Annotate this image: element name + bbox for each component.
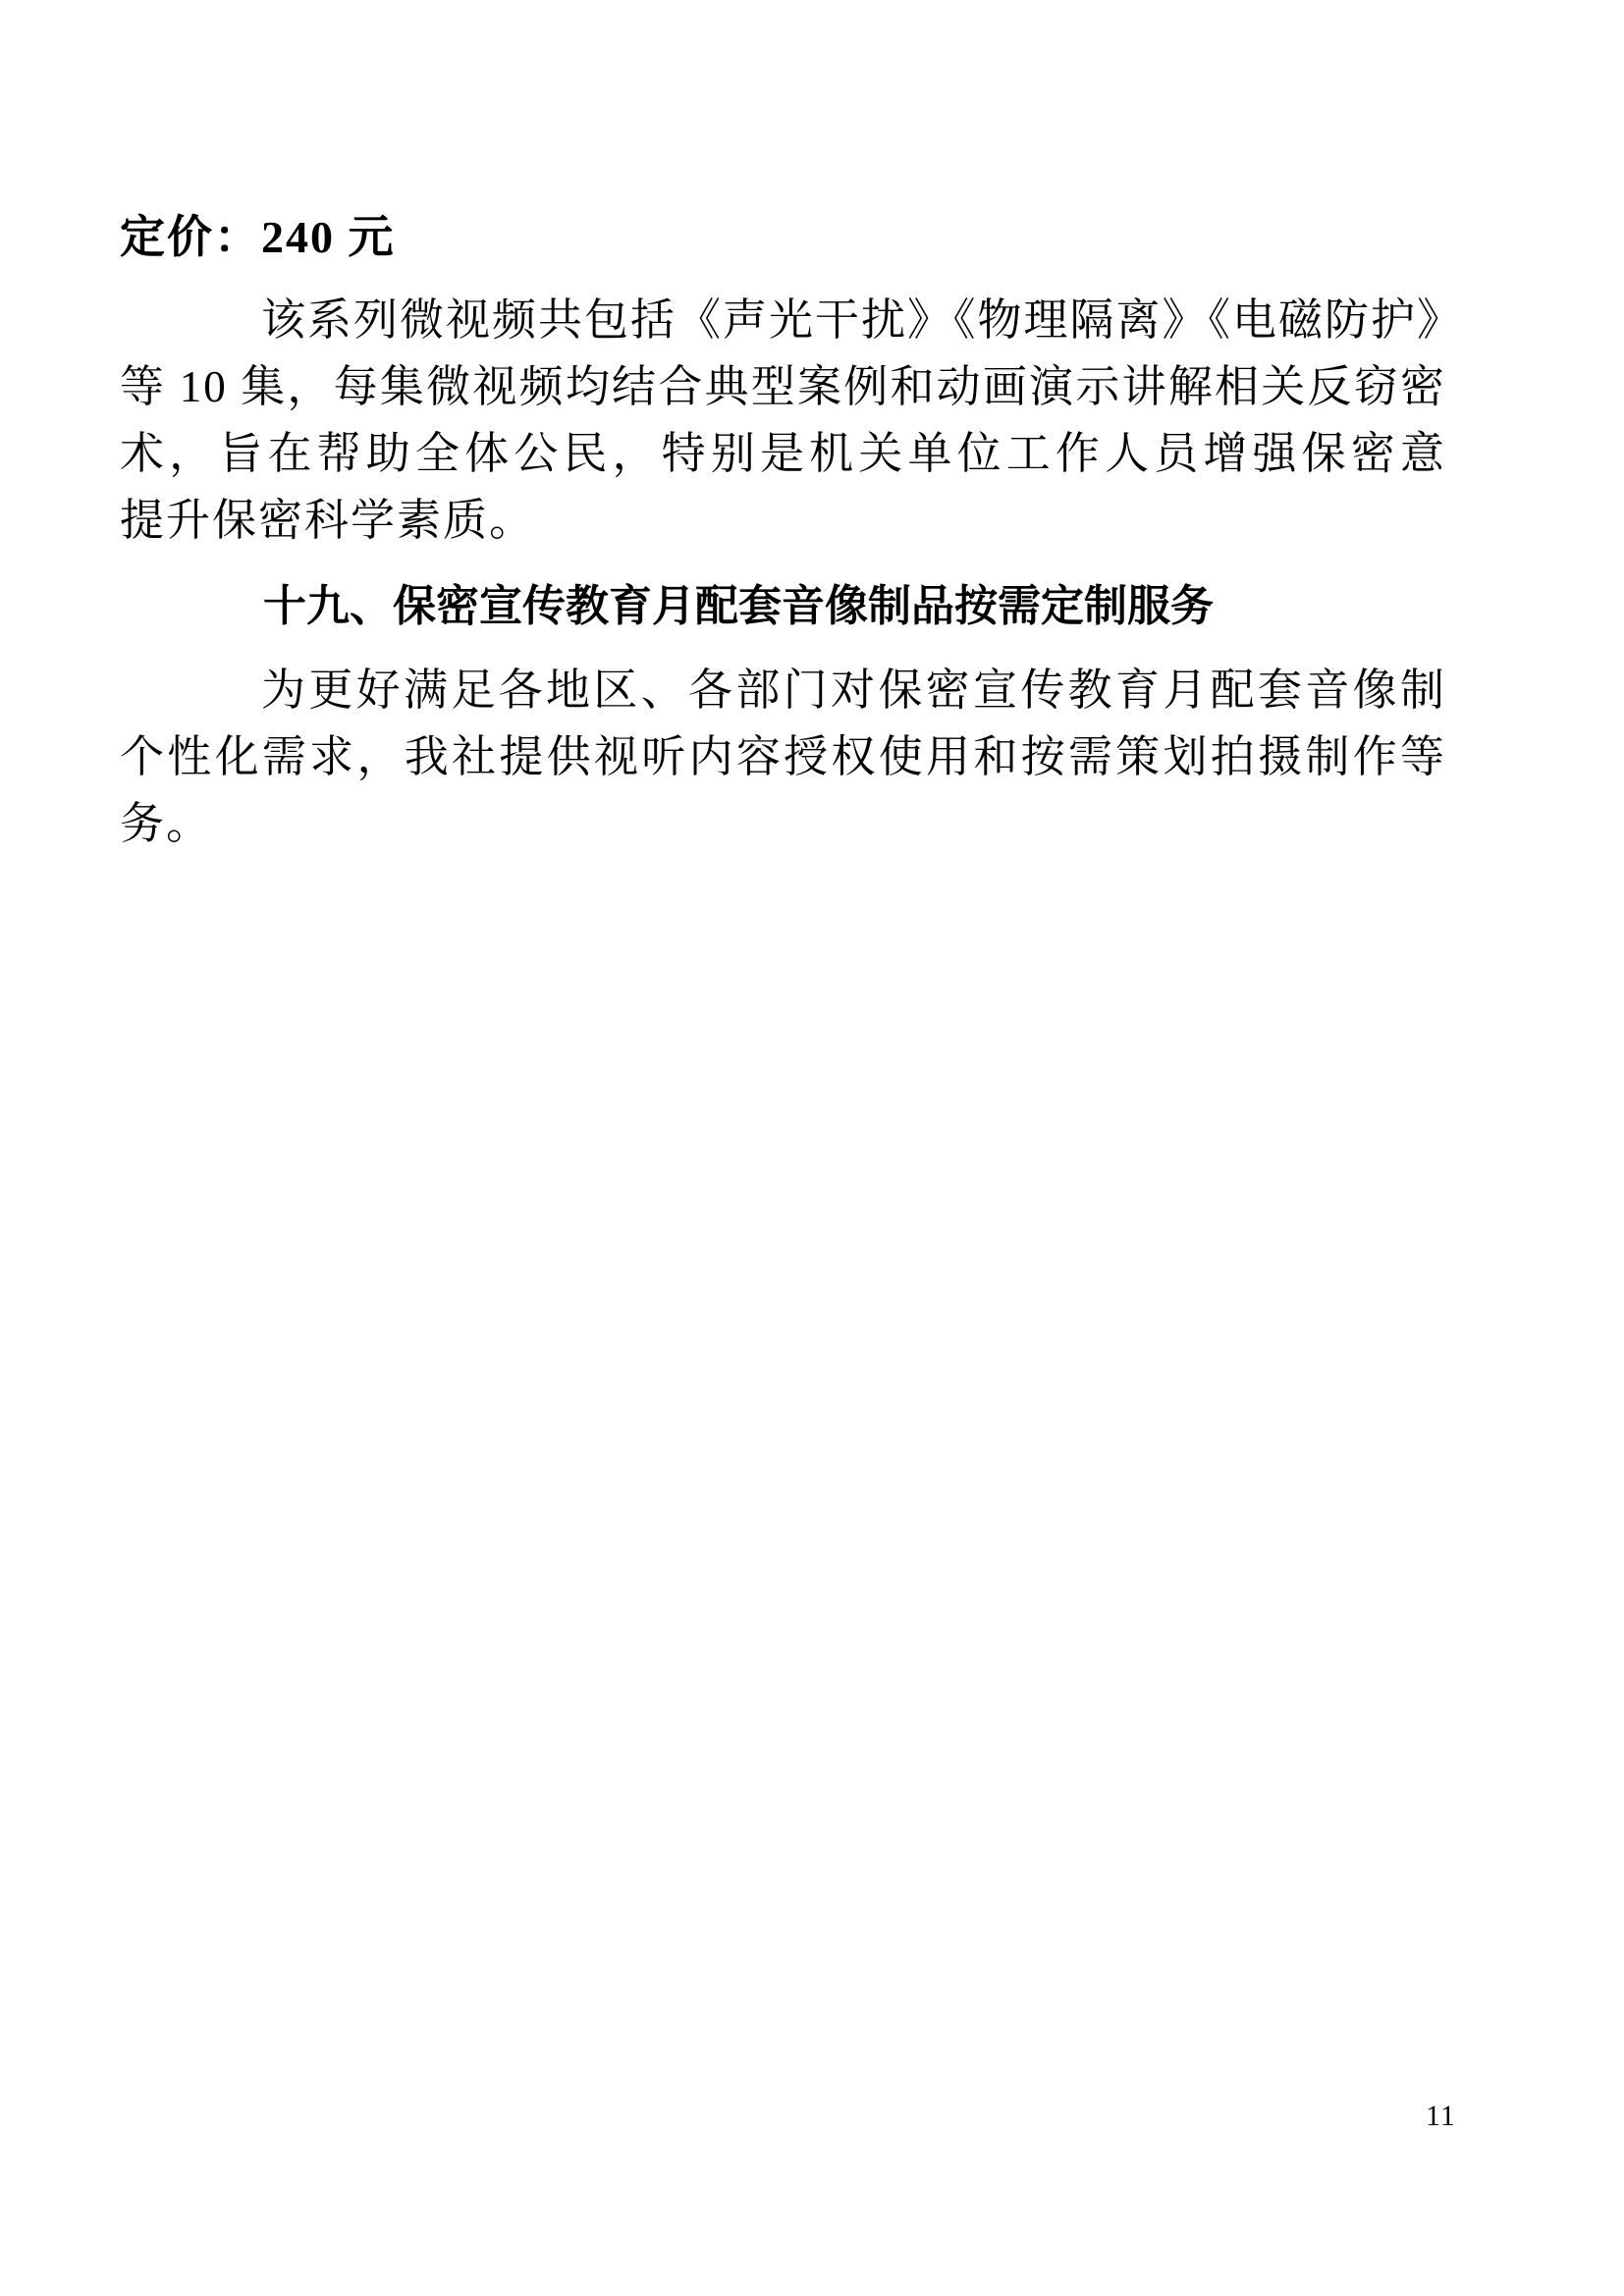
page-number: 11 xyxy=(1426,2097,1456,2136)
paragraph-series-intro: 该系列微视频共包括《声光干扰》《物理隔离》《电磁防护》 等 10 集，每集微视频… xyxy=(120,287,1446,554)
paragraph-line: 提升保密科学素质。 xyxy=(120,487,1446,554)
paragraph-line: 术，旨在帮助全体公民，特别是机关单位工作人员增强保密意识， xyxy=(120,420,1446,487)
paragraph-line: 该系列微视频共包括《声光干扰》《物理隔离》《电磁防护》 xyxy=(120,287,1446,353)
paragraph-line: 个性化需求，我社提供视听内容授权使用和按需策划拍摄制作等服 xyxy=(120,723,1446,790)
paragraph-line: 等 10 集，每集微视频均结合典型案例和动画演示讲解相关反窃密技 xyxy=(120,353,1446,420)
section-heading: 十九、保密宣传教育月配套音像制品按需定制服务 xyxy=(120,573,1446,640)
document-page: 定价：240 元 该系列微视频共包括《声光干扰》《物理隔离》《电磁防护》 等 1… xyxy=(0,0,1624,2296)
paragraph-line: 为更好满足各地区、各部门对保密宣传教育月配套音像制品的 xyxy=(120,657,1446,723)
paragraph-custom-service: 为更好满足各地区、各部门对保密宣传教育月配套音像制品的 个性化需求，我社提供视听… xyxy=(120,657,1446,857)
price-line: 定价：240 元 xyxy=(120,204,1446,271)
paragraph-line: 务。 xyxy=(120,790,1446,857)
text-block: 定价：240 元 该系列微视频共包括《声光干扰》《物理隔离》《电磁防护》 等 1… xyxy=(120,0,1446,857)
